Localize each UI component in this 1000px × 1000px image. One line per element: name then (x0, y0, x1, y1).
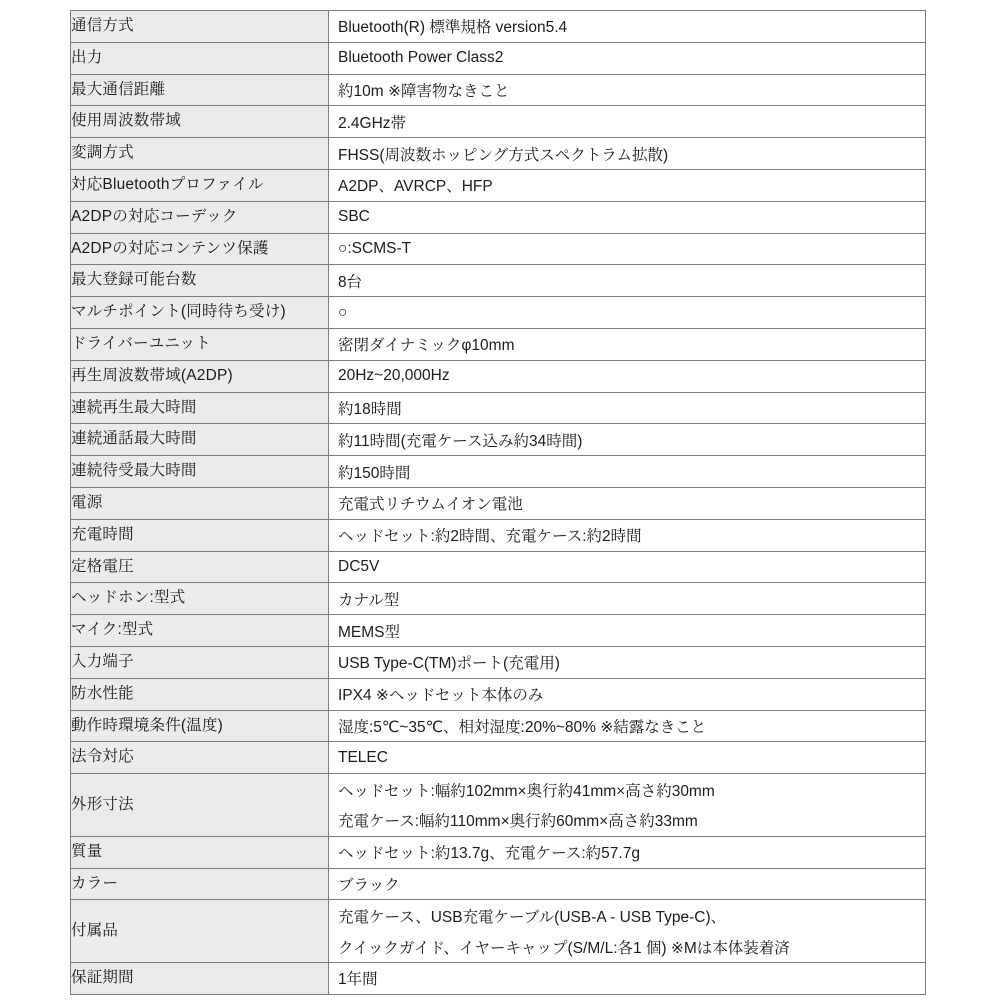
spec-label: 入力端子 (71, 653, 328, 672)
spec-value-cell: IPX4 ※ヘッドセット本体のみ (329, 678, 926, 710)
spec-value-line: IPX4 ※ヘッドセット本体のみ (329, 679, 925, 710)
spec-value-cell: 1年間 (329, 962, 926, 994)
spec-label-cell: A2DPの対応コーデック (71, 201, 329, 233)
spec-value-cell: ヘッドセット:約2時間、充電ケース:約2時間 (329, 519, 926, 551)
spec-label: 出力 (71, 49, 328, 68)
spec-value-line: 約10m ※障害物なきこと (329, 75, 925, 106)
spec-label: 外形寸法 (71, 796, 328, 815)
spec-value-line: USB Type-C(TM)ポート(充電用) (329, 647, 925, 678)
spec-row: 動作時環境条件(温度)湿度:5℃~35℃、相対湿度:20%~80% ※結露なきこ… (71, 710, 926, 742)
spec-label: 変調方式 (71, 144, 328, 163)
spec-label-cell: 電源 (71, 487, 329, 519)
spec-value-cell: TELEC (329, 742, 926, 774)
spec-value-line: ヘッドセット:幅約102mm×奥行約41mm×高さ約30mm (329, 774, 925, 805)
spec-row: 通信方式Bluetooth(R) 標準規格 version5.4 (71, 11, 926, 43)
spec-label: 保証期間 (71, 969, 328, 988)
spec-row: マルチポイント(同時待ち受け)○ (71, 297, 926, 329)
spec-value-line: ○ (329, 297, 925, 328)
spec-value-line: MEMS型 (329, 615, 925, 646)
spec-value-line: 充電ケース:幅約110mm×奥行約60mm×高さ約33mm (329, 805, 925, 836)
spec-label-cell: ドライバーユニット (71, 328, 329, 360)
spec-label-cell: 防水性能 (71, 678, 329, 710)
spec-label: 連続通話最大時間 (71, 430, 328, 449)
spec-value-line: 8台 (329, 265, 925, 296)
spec-label: 通信方式 (71, 17, 328, 36)
spec-row: 外形寸法ヘッドセット:幅約102mm×奥行約41mm×高さ約30mm充電ケース:… (71, 774, 926, 837)
spec-row: 電源充電式リチウムイオン電池 (71, 487, 926, 519)
spec-row: 充電時間ヘッドセット:約2時間、充電ケース:約2時間 (71, 519, 926, 551)
spec-label: 連続再生最大時間 (71, 399, 328, 418)
spec-label-cell: 連続待受最大時間 (71, 456, 329, 488)
spec-label-cell: 外形寸法 (71, 774, 329, 837)
spec-label: 連続待受最大時間 (71, 462, 328, 481)
spec-label-cell: 変調方式 (71, 138, 329, 170)
spec-value-line: 湿度:5℃~35℃、相対湿度:20%~80% ※結露なきこと (329, 711, 925, 742)
spec-row: 対応BluetoothプロファイルA2DP、AVRCP、HFP (71, 169, 926, 201)
spec-value-cell: Bluetooth(R) 標準規格 version5.4 (329, 11, 926, 43)
spec-label: 電源 (71, 494, 328, 513)
spec-label: ヘッドホン:型式 (71, 589, 328, 608)
spec-value-cell: カナル型 (329, 583, 926, 615)
spec-value-cell: ○:SCMS-T (329, 233, 926, 265)
spec-value-line: ○:SCMS-T (329, 234, 925, 265)
spec-row: ヘッドホン:型式カナル型 (71, 583, 926, 615)
spec-table-body: 通信方式Bluetooth(R) 標準規格 version5.4出力Blueto… (71, 11, 926, 995)
spec-value-cell: USB Type-C(TM)ポート(充電用) (329, 646, 926, 678)
spec-row: ドライバーユニット密閉ダイナミックφ10mm (71, 328, 926, 360)
spec-value-cell: DC5V (329, 551, 926, 583)
spec-row: 定格電圧DC5V (71, 551, 926, 583)
spec-value-cell: 充電ケース、USB充電ケーブル(USB-A - USB Type-C)、クイック… (329, 900, 926, 963)
spec-value-line: Bluetooth(R) 標準規格 version5.4 (329, 11, 925, 42)
spec-value-cell: 密閉ダイナミックφ10mm (329, 328, 926, 360)
spec-label: 質量 (71, 843, 328, 862)
spec-label-cell: 入力端子 (71, 646, 329, 678)
spec-row: 使用周波数帯域2.4GHz帯 (71, 106, 926, 138)
spec-value-line: ヘッドセット:約13.7g、充電ケース:約57.7g (329, 837, 925, 868)
spec-value-cell: ブラック (329, 868, 926, 900)
spec-row: 変調方式FHSS(周波数ホッピング方式スペクトラム拡散) (71, 138, 926, 170)
spec-label-cell: 最大登録可能台数 (71, 265, 329, 297)
spec-label-cell: 定格電圧 (71, 551, 329, 583)
spec-row: カラーブラック (71, 868, 926, 900)
spec-value-line: クイックガイド、イヤーキャップ(S/M/L:各1 個) ※Mは本体装着済 (329, 931, 925, 962)
spec-label: 防水性能 (71, 685, 328, 704)
spec-label: 最大登録可能台数 (71, 271, 328, 290)
spec-value-line: 20Hz~20,000Hz (329, 361, 925, 392)
spec-label-cell: 充電時間 (71, 519, 329, 551)
spec-row: A2DPの対応コーデックSBC (71, 201, 926, 233)
spec-label: カラー (71, 875, 328, 894)
spec-value-cell: 約11時間(充電ケース込み約34時間) (329, 424, 926, 456)
spec-value-line: ヘッドセット:約2時間、充電ケース:約2時間 (329, 520, 925, 551)
spec-value-line: Bluetooth Power Class2 (329, 43, 925, 74)
spec-label: マルチポイント(同時待ち受け) (71, 303, 328, 322)
spec-label-cell: 付属品 (71, 900, 329, 963)
spec-label-cell: 質量 (71, 836, 329, 868)
spec-label-cell: 最大通信距離 (71, 74, 329, 106)
spec-value-cell: Bluetooth Power Class2 (329, 42, 926, 74)
spec-value-line: 約11時間(充電ケース込み約34時間) (329, 424, 925, 455)
spec-label: 充電時間 (71, 526, 328, 545)
spec-value-line: TELEC (329, 742, 925, 773)
spec-value-cell: 20Hz~20,000Hz (329, 360, 926, 392)
spec-value-line: 密閉ダイナミックφ10mm (329, 329, 925, 360)
spec-label-cell: マイク:型式 (71, 615, 329, 647)
spec-table: 通信方式Bluetooth(R) 標準規格 version5.4出力Blueto… (70, 10, 926, 995)
spec-label-cell: ヘッドホン:型式 (71, 583, 329, 615)
spec-value-line: 約150時間 (329, 456, 925, 487)
spec-value-cell: MEMS型 (329, 615, 926, 647)
spec-row: 法令対応TELEC (71, 742, 926, 774)
spec-row: 質量ヘッドセット:約13.7g、充電ケース:約57.7g (71, 836, 926, 868)
spec-label: 定格電圧 (71, 558, 328, 577)
spec-label-cell: マルチポイント(同時待ち受け) (71, 297, 329, 329)
spec-row: 再生周波数帯域(A2DP)20Hz~20,000Hz (71, 360, 926, 392)
spec-label: 法令対応 (71, 748, 328, 767)
spec-value-line: 2.4GHz帯 (329, 106, 925, 137)
spec-value-cell: 湿度:5℃~35℃、相対湿度:20%~80% ※結露なきこと (329, 710, 926, 742)
spec-value-line: カナル型 (329, 583, 925, 614)
spec-value-line: FHSS(周波数ホッピング方式スペクトラム拡散) (329, 138, 925, 169)
spec-value-cell: 充電式リチウムイオン電池 (329, 487, 926, 519)
spec-label-cell: 動作時環境条件(温度) (71, 710, 329, 742)
spec-label-cell: 通信方式 (71, 11, 329, 43)
spec-value-line: SBC (329, 202, 925, 233)
spec-row: 防水性能IPX4 ※ヘッドセット本体のみ (71, 678, 926, 710)
spec-label: A2DPの対応コンテンツ保護 (71, 240, 328, 259)
spec-row: 連続再生最大時間約18時間 (71, 392, 926, 424)
spec-value-line: ブラック (329, 869, 925, 900)
spec-value-cell: SBC (329, 201, 926, 233)
spec-label-cell: 法令対応 (71, 742, 329, 774)
spec-row: 出力Bluetooth Power Class2 (71, 42, 926, 74)
spec-value-cell: FHSS(周波数ホッピング方式スペクトラム拡散) (329, 138, 926, 170)
spec-row: 連続通話最大時間約11時間(充電ケース込み約34時間) (71, 424, 926, 456)
spec-value-line: A2DP、AVRCP、HFP (329, 170, 925, 201)
spec-label-cell: 出力 (71, 42, 329, 74)
page: 通信方式Bluetooth(R) 標準規格 version5.4出力Blueto… (0, 0, 1000, 1000)
spec-value-cell: ヘッドセット:約13.7g、充電ケース:約57.7g (329, 836, 926, 868)
spec-label: 最大通信距離 (71, 81, 328, 100)
spec-label: A2DPの対応コーデック (71, 208, 328, 227)
spec-value-line: 充電ケース、USB充電ケーブル(USB-A - USB Type-C)、 (329, 900, 925, 931)
spec-value-line: 充電式リチウムイオン電池 (329, 488, 925, 519)
spec-label: 動作時環境条件(温度) (71, 717, 328, 736)
spec-label-cell: 対応Bluetoothプロファイル (71, 169, 329, 201)
spec-value-line: DC5V (329, 552, 925, 583)
spec-value-cell: ○ (329, 297, 926, 329)
spec-row: A2DPの対応コンテンツ保護○:SCMS-T (71, 233, 926, 265)
spec-row: 入力端子USB Type-C(TM)ポート(充電用) (71, 646, 926, 678)
spec-label-cell: カラー (71, 868, 329, 900)
spec-label: 再生周波数帯域(A2DP) (71, 367, 328, 386)
spec-value-cell: 2.4GHz帯 (329, 106, 926, 138)
spec-row: 連続待受最大時間約150時間 (71, 456, 926, 488)
spec-row: 保証期間1年間 (71, 962, 926, 994)
spec-label-cell: 使用周波数帯域 (71, 106, 329, 138)
spec-value-line: 約18時間 (329, 393, 925, 424)
spec-value-cell: 約10m ※障害物なきこと (329, 74, 926, 106)
spec-value-cell: 8台 (329, 265, 926, 297)
spec-label-cell: 連続通話最大時間 (71, 424, 329, 456)
spec-value-line: 1年間 (329, 963, 925, 994)
spec-label: マイク:型式 (71, 621, 328, 640)
spec-row: マイク:型式MEMS型 (71, 615, 926, 647)
spec-label-cell: 連続再生最大時間 (71, 392, 329, 424)
spec-label: 対応Bluetoothプロファイル (71, 176, 328, 195)
spec-row: 付属品充電ケース、USB充電ケーブル(USB-A - USB Type-C)、ク… (71, 900, 926, 963)
spec-label: 付属品 (71, 922, 328, 941)
spec-value-cell: A2DP、AVRCP、HFP (329, 169, 926, 201)
spec-label: 使用周波数帯域 (71, 112, 328, 131)
spec-label-cell: A2DPの対応コンテンツ保護 (71, 233, 329, 265)
spec-value-cell: 約18時間 (329, 392, 926, 424)
spec-row: 最大通信距離約10m ※障害物なきこと (71, 74, 926, 106)
spec-label-cell: 保証期間 (71, 962, 329, 994)
spec-value-cell: 約150時間 (329, 456, 926, 488)
spec-row: 最大登録可能台数8台 (71, 265, 926, 297)
spec-value-cell: ヘッドセット:幅約102mm×奥行約41mm×高さ約30mm充電ケース:幅約11… (329, 774, 926, 837)
spec-label: ドライバーユニット (71, 335, 328, 354)
spec-label-cell: 再生周波数帯域(A2DP) (71, 360, 329, 392)
